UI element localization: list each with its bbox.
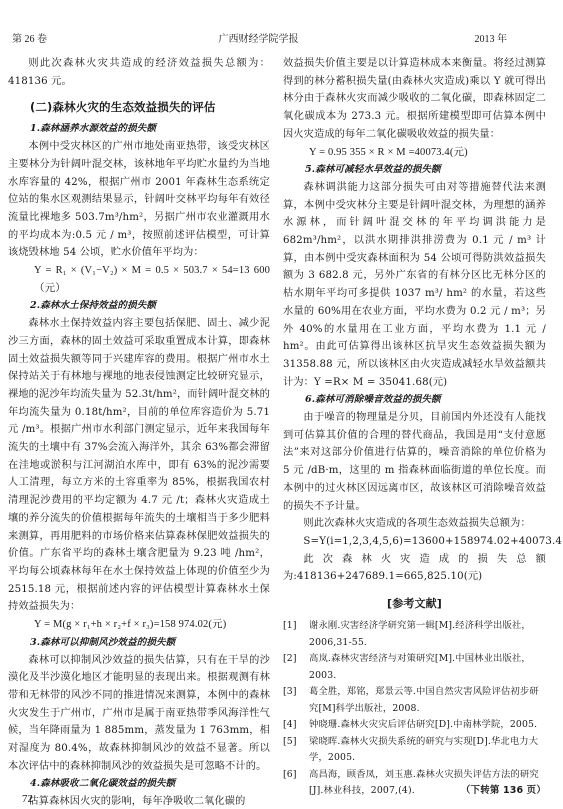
year-label: 2013 年	[475, 30, 508, 45]
continued-on-page-note: （下转第 136 页）	[461, 783, 546, 800]
reference-text: 谢永刚.灾害经济学研究第一辑[M].经济科学出版社，2006,31-55.	[309, 618, 546, 651]
right-column: 效益损失价值主要是以计算造林成本来衡量。将经过测算得到的林分蓄积损失量(由森林火…	[283, 55, 546, 800]
reference-item: [5] 梁晓晖.森林火灾损失系统的研究与实现[D].华北电力大学，2005.	[283, 734, 546, 767]
page-number: 72	[22, 793, 33, 805]
reference-number: [6]	[283, 767, 309, 800]
eco-loss-total-paragraph: 则此次森林火灾造成的各项生态效益损失总额为：	[283, 515, 546, 533]
subheading-co2-absorption: 4.森林吸收二氧化碳效益的损失额	[8, 775, 270, 793]
soil-conservation-paragraph: 森林水土保持效益内容主要包括保肥、固土、减少泥沙三方面，森林的固土效益可采取重置…	[8, 315, 270, 616]
water-conservation-formula: Y = R₁ × (V₁−V₂) × M = 0.5 × 503.7 × 54=…	[8, 262, 270, 297]
subheading-wind-sand: 3.森林可以抑制风沙效益的损失额	[8, 634, 270, 652]
wind-sand-paragraph: 森林可以抑制风沙效益的损失估算，只有在干旱的沙漠化及半沙漠化地区才能明显的表现出…	[8, 652, 270, 776]
reference-number: [2]	[283, 651, 309, 684]
reference-item: [3] 葛全胜，郑铭，郑景云等.中国自然灾害风险评估初步研究[M]科学出版社，2…	[283, 684, 546, 717]
co2-absorption-paragraph-start: 估算森林因火灾的影响，每年净吸收二氧化碳的	[8, 793, 270, 809]
flood-drought-paragraph: 森林调洪能力这部分损失可由对等措施替代法来测算，本例中受灾林分主要是针阔叶混交林…	[283, 179, 546, 391]
reference-item: [2] 高岚.森林灾害经济与对策研究[M].中国林业出版社，2003.	[283, 651, 546, 684]
references-heading: [参考文献]	[283, 594, 546, 614]
reference-number: [1]	[283, 618, 309, 651]
subheading-water-conservation: 1.森林涵养水源效益的损失额	[8, 120, 270, 138]
reference-text: 高岚.森林灾害经济与对策研究[M].中国林业出版社，2003.	[309, 651, 546, 684]
subheading-soil-conservation: 2.森林水土保持效益的损失额	[8, 297, 270, 315]
reference-text: 葛全胜，郑铭，郑景云等.中国自然灾害风险评估初步研究[M]科学出版社，2008.	[309, 684, 546, 717]
co2-absorption-formula: Y = 0.95 355 × R × M =40073.4(元)	[283, 144, 546, 162]
reference-item: [4] 钟晓珊.森林火灾灾后评估研究[D].中南林学院，2005.	[283, 717, 546, 734]
econ-loss-total-paragraph: 则此次森林火灾共造成的经济效益损失总额为：418136 元。	[8, 55, 270, 90]
subheading-flood-drought: 5.森林可减轻水旱效益的损失额	[283, 161, 546, 179]
noise-paragraph: 由于噪音的物理量是分贝，目前国内外还没有人能找到可估算其价值的合理的替代商品，我…	[283, 409, 546, 515]
reference-item: [6] 高昌海，顾香凤，刘玉惠.森林火灾损失评估方法的研究[J].林业科技，20…	[283, 767, 546, 800]
subheading-noise: 6.森林可消除噪音效益的损失额	[283, 391, 546, 409]
eco-loss-total-formula: S=Y(i=1,2,3,4,5,6)=13600+158974.02+40073…	[283, 533, 546, 551]
section-heading-ecological-loss: (二)森林火灾的生态效益损失的评估	[8, 96, 270, 118]
reference-item: [1] 谢永刚.灾害经济学研究第一辑[M].经济科学出版社，2006,31-55…	[283, 618, 546, 651]
references-list: [1] 谢永刚.灾害经济学研究第一辑[M].经济科学出版社，2006,31-55…	[283, 618, 546, 800]
reference-text: 钟晓珊.森林火灾灾后评估研究[D].中南林学院，2005.	[309, 717, 546, 734]
reference-number: [5]	[283, 734, 309, 767]
grand-total-paragraph: 此次森林火灾造成的损失总额为:418136+247689.1=665,825.1…	[283, 551, 546, 586]
reference-text: 梁晓晖.森林火灾损失系统的研究与实现[D].华北电力大学，2005.	[309, 734, 546, 767]
page-header: 第 26 卷 广西财经学院学报 2013 年	[10, 30, 507, 44]
journal-title: 广西财经学院学报	[10, 30, 507, 45]
reference-number: [3]	[283, 684, 309, 717]
water-conservation-paragraph: 本例中受灾林区的广州市地处南亚热带，该受灾林区主要林分为针阔叶混交林，该林地年平…	[8, 138, 270, 262]
reference-number: [4]	[283, 717, 309, 734]
co2-absorption-paragraph-cont: 效益损失价值主要是以计算造林成本来衡量。将经过测算得到的林分蓄积损失量(由森林火…	[283, 55, 546, 144]
soil-conservation-formula: Y = M(g × r₁+h × r₂+f × r₃)=158 974.02(元…	[8, 616, 270, 634]
left-column: 则此次森林火灾共造成的经济效益损失总额为：418136 元。 (二)森林火灾的生…	[8, 55, 270, 809]
reference-text: 高昌海，顾香凤，刘玉惠.森林火灾损失评估方法的研究[J].林业科技，2007,(…	[309, 767, 546, 800]
